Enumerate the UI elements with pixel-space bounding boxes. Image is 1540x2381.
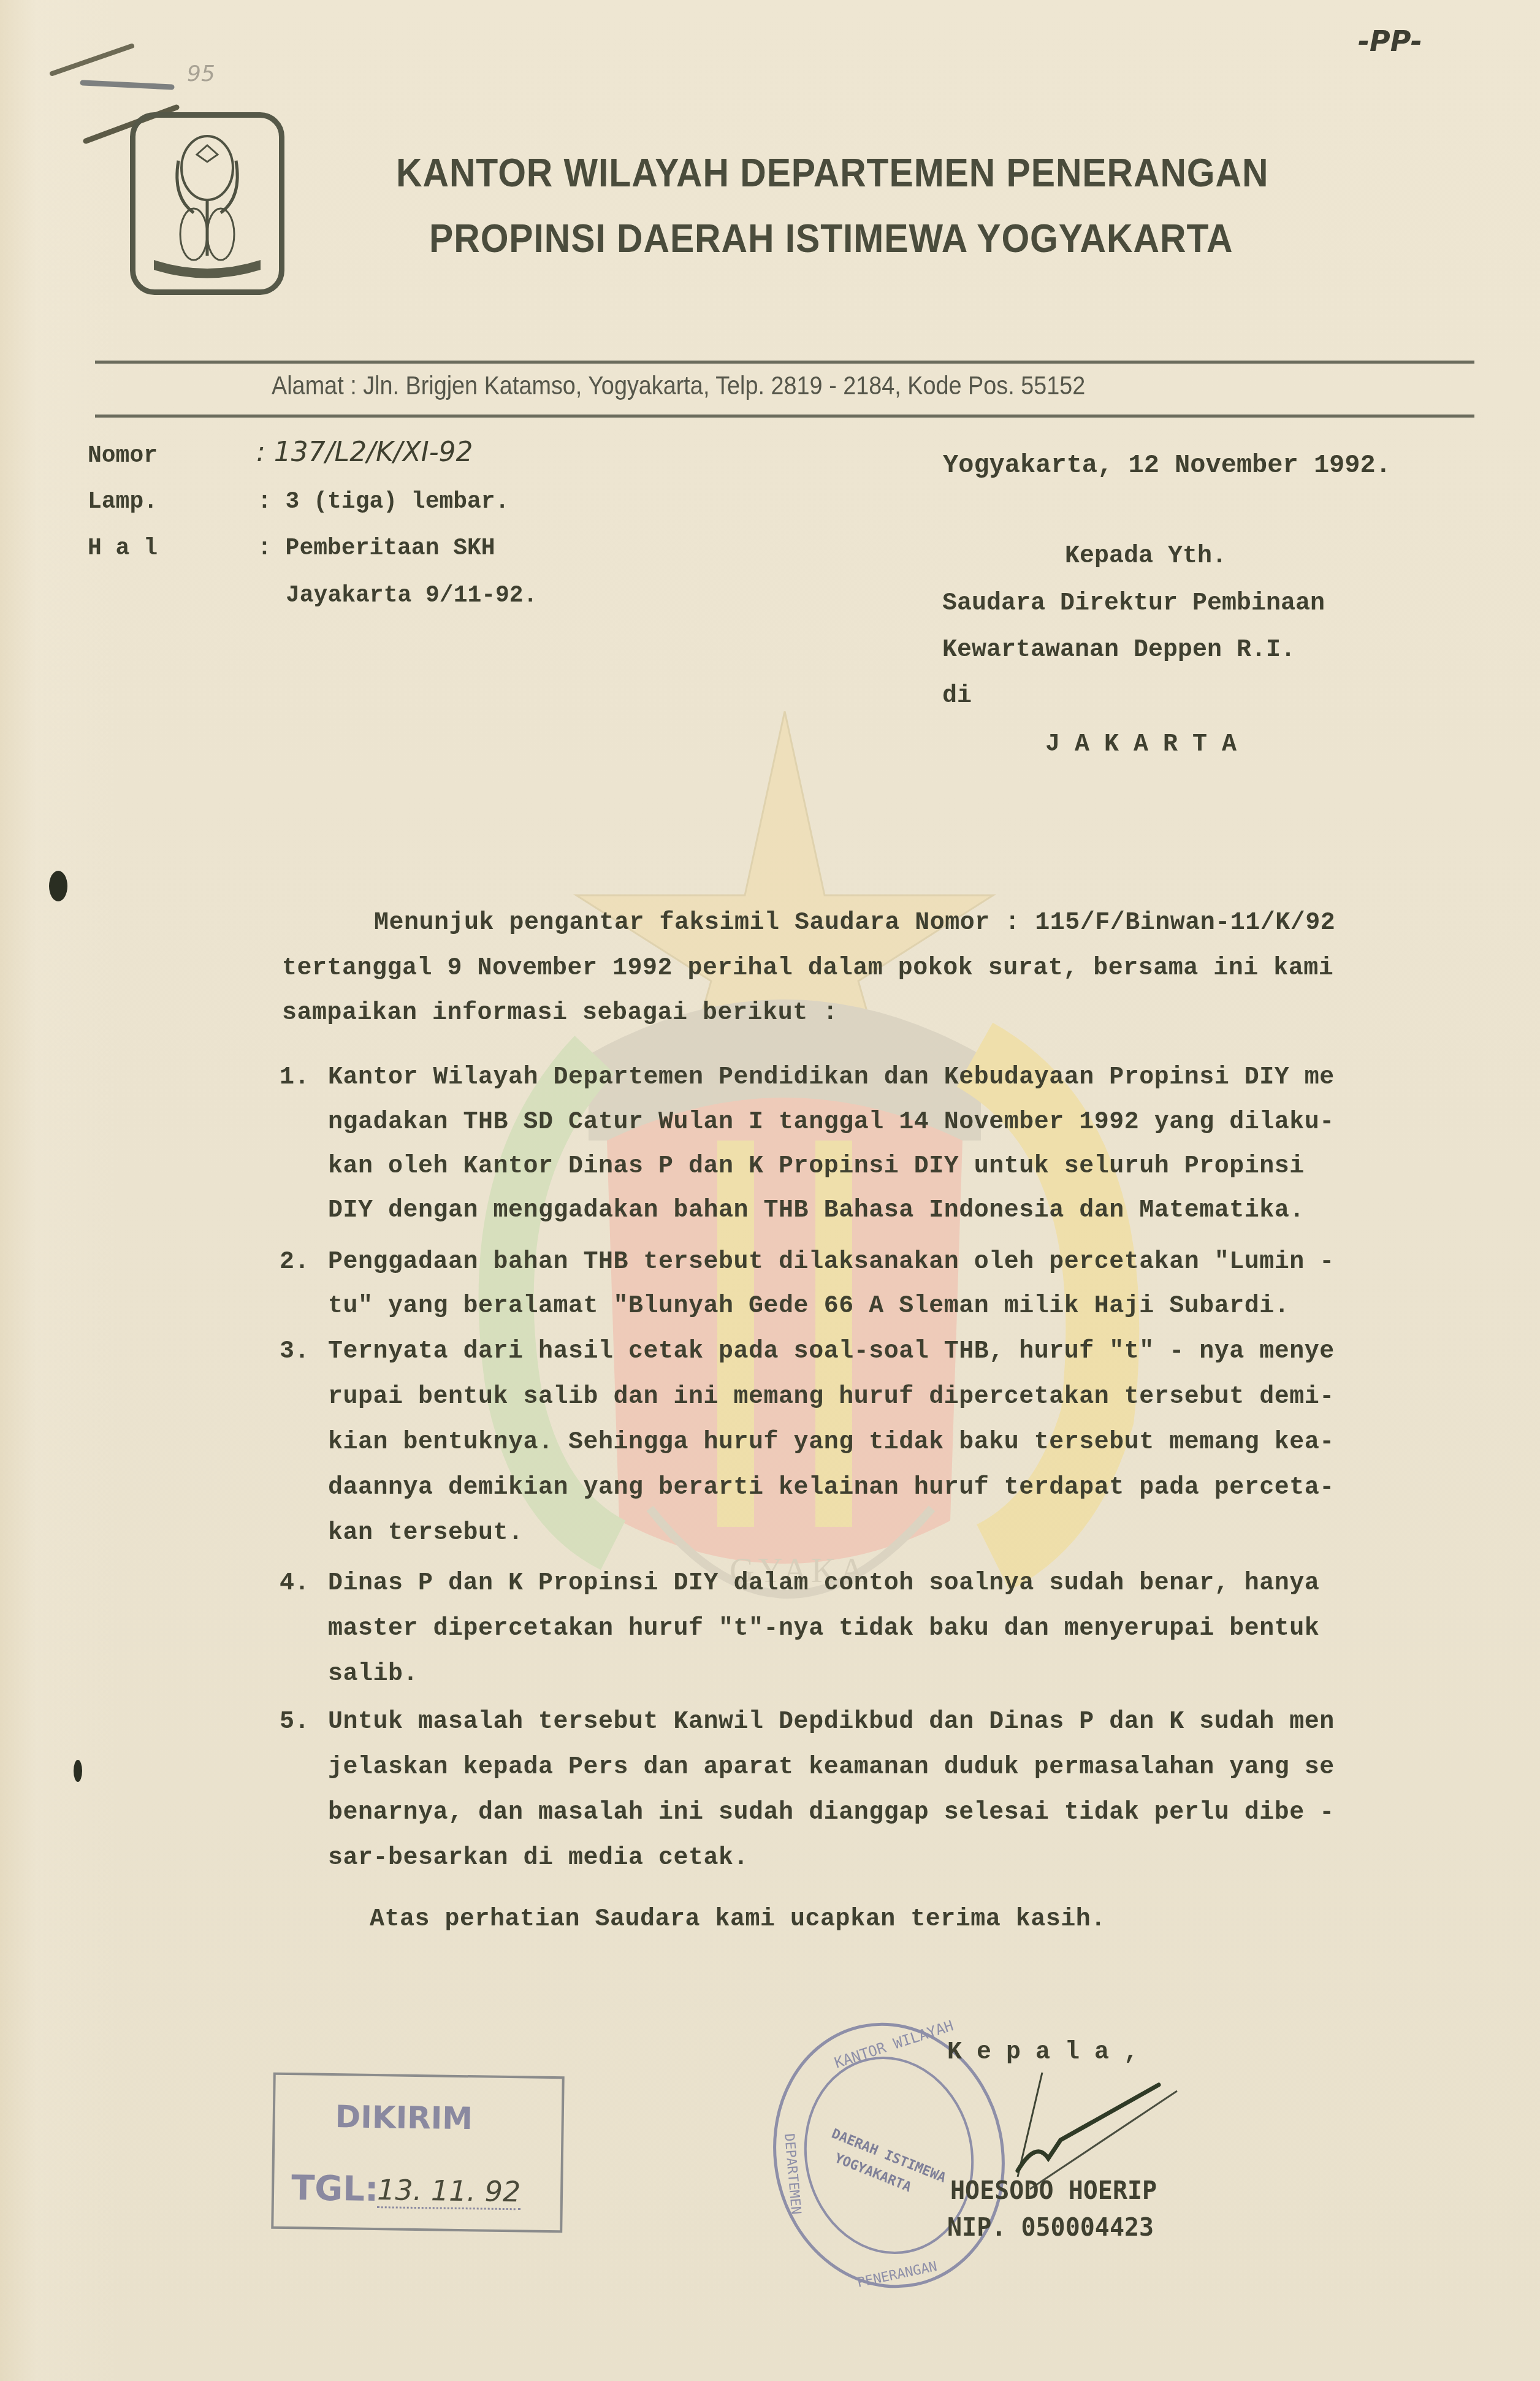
item-5-number: 5. (280, 1708, 310, 1736)
signatory-nip: NIP. 050004423 (947, 2214, 1154, 2242)
binding-hole-bottom (74, 1760, 82, 1782)
letterhead-rule-top (95, 361, 1474, 364)
item-3-line-1: Ternyata dari hasil cetak pada soal-soal… (328, 1338, 1335, 1366)
hal-value-line1: : Pemberitaan SKH (257, 535, 495, 562)
item-3-line-2: rupai bentuk salib dan ini memang huruf … (328, 1383, 1335, 1411)
signatory-name: HOESODO HOERIP (950, 2177, 1157, 2205)
nomor-value: : 137/L2/K/XI-92 (256, 437, 473, 468)
department-emblem (130, 112, 284, 295)
item-3-line-4: daannya demikian yang berarti kelainan h… (328, 1474, 1335, 1502)
watermark-emblem: GYAKA (466, 711, 1165, 1680)
intro-line-2: tertanggal 9 November 1992 perihal dalam… (282, 955, 1333, 982)
lamp-value: : 3 (tiga) lembar. (257, 489, 509, 515)
recipient-salutation: Kepada Yth. (1065, 543, 1227, 570)
recipient-city: J A K A R T A (1045, 731, 1237, 759)
item-5-line-4: sar-besarkan di media cetak. (328, 1844, 749, 1872)
binding-hole-top (49, 871, 67, 901)
lamp-label: Lamp. (88, 489, 158, 515)
letter-date: Yogyakarta, 12 November 1992. (943, 451, 1391, 480)
letterhead-rule-bottom (95, 415, 1474, 418)
sent-stamp-label: DIKIRIM (335, 2099, 473, 2136)
item-5-line-3: benarnya, dan masalah ini sudah dianggap… (328, 1799, 1335, 1827)
letterhead-title-line1: KANTOR WILAYAH DEPARTEMEN PENERANGAN (396, 150, 1268, 196)
recipient-line2: Kewartawanan Deppen R.I. (942, 636, 1295, 664)
item-2-line-2: tu" yang beralamat "Blunyah Gede 66 A Sl… (328, 1293, 1289, 1320)
sent-stamp-date-value: 13. 11. 92 (377, 2173, 521, 2210)
item-5-line-2: jelaskan kepada Pers dan aparat keamanan… (328, 1754, 1335, 1781)
item-3-number: 3. (280, 1338, 310, 1366)
sent-stamp: DIKIRIM TGL: 13. 11. 92 (271, 2073, 565, 2233)
intro-line-3: sampaikan informasi sebagai berikut : (282, 999, 838, 1027)
item-3-line-5: kan tersebut. (328, 1519, 524, 1547)
signatory-title: K e p a l a , (947, 2039, 1138, 2066)
closing-line: Atas perhatian Saudara kami ucapkan teri… (370, 1906, 1106, 1933)
letterhead-title-line2: PROPINSI DAERAH ISTIMEWA YOGYAKARTA (429, 216, 1233, 261)
recipient-line1: Saudara Direktur Pembinaan (942, 590, 1325, 617)
item-1-line-1: Kantor Wilayah Departemen Pendidikan dan… (328, 1064, 1335, 1091)
emblem-icon (135, 118, 279, 289)
item-4-line-1: Dinas P dan K Propinsi DIY dalam contoh … (328, 1570, 1319, 1597)
item-3-line-3: kian bentuknya. Sehingga huruf yang tida… (328, 1429, 1335, 1456)
item-4-line-2: master dipercetakan huruf "t"-nya tidak … (328, 1615, 1319, 1643)
hal-label: H a l (88, 535, 158, 562)
item-1-line-3: kan oleh Kantor Dinas P dan K Propinsi D… (328, 1153, 1305, 1180)
item-1-number: 1. (280, 1064, 310, 1091)
intro-line-1: Menunjuk pengantar faksimil Saudara Nomo… (374, 909, 1335, 937)
margin-mark-top-right: -PP- (1358, 25, 1422, 58)
item-5-line-1: Untuk masalah tersebut Kanwil Depdikbud … (328, 1708, 1335, 1736)
yogyakarta-crest-icon: GYAKA (466, 711, 1165, 1680)
recipient-line3: di (942, 682, 972, 710)
hal-value-line2: Jayakarta 9/11-92. (286, 583, 537, 609)
item-4-number: 4. (280, 1570, 310, 1597)
item-2-number: 2. (280, 1248, 310, 1276)
item-4-line-3: salib. (328, 1661, 418, 1688)
item-2-line-1: Penggadaan bahan THB tersebut dilaksanak… (328, 1248, 1335, 1276)
margin-page-number: 95 (187, 61, 215, 86)
item-1-line-2: ngadakan THB SD Catur Wulan I tanggal 14… (328, 1109, 1335, 1136)
letterhead-address: Alamat : Jln. Brigjen Katamso, Yogyakart… (272, 371, 1085, 400)
sent-stamp-date-label: TGL: (291, 2168, 379, 2209)
item-1-line-4: DIY dengan menggadakan bahan THB Bahasa … (328, 1197, 1305, 1225)
nomor-label: Nomor (88, 443, 158, 469)
